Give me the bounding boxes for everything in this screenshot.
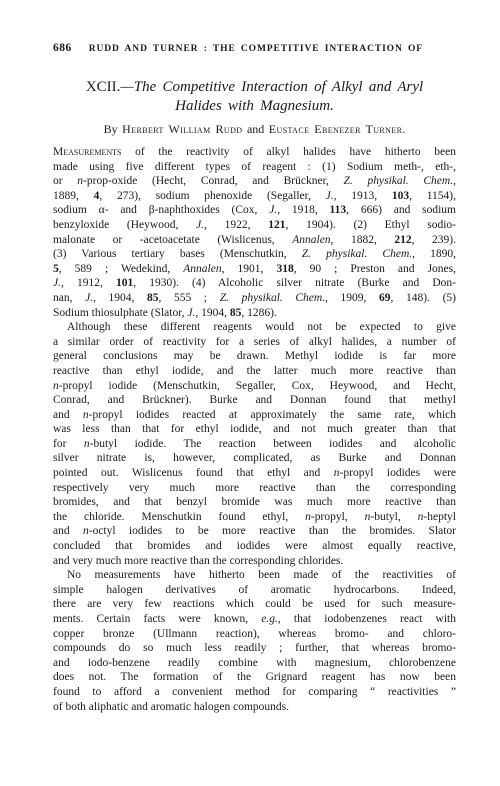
text-segment: 101 bbox=[116, 277, 133, 289]
text-segment: -propyl, bbox=[311, 511, 365, 523]
text-segment: , 555 ; bbox=[159, 292, 220, 304]
text-segment: of the reactivity of alkyl halides have … bbox=[121, 146, 456, 158]
byline-connector: and bbox=[242, 122, 268, 136]
text-segment: , 589 ; Wedekind, bbox=[59, 263, 184, 275]
text-segment: , 90 ; Preston and Jones, bbox=[294, 263, 456, 275]
text-segment: found to afford a convenient method for … bbox=[53, 686, 456, 698]
text-line: simple halogen derivatives of aromatic h… bbox=[53, 583, 456, 598]
text-segment: , 1904). (2) Ethyl sodio- bbox=[285, 219, 456, 231]
text-segment: 212 bbox=[394, 234, 411, 246]
byline-period: . bbox=[402, 122, 405, 136]
text-segment: Z. physikal. Chem. bbox=[302, 248, 412, 260]
article-body: Measurements of the reactivity of alkyl … bbox=[53, 145, 456, 714]
page-number: 686 bbox=[53, 42, 72, 54]
text-segment: -butyl iodide. The reaction between iodi… bbox=[90, 438, 456, 450]
text-segment: and very much more reactive than the cor… bbox=[53, 555, 343, 567]
text-segment: 318 bbox=[276, 263, 293, 275]
text-segment: and bbox=[53, 409, 83, 421]
text-line: found to afford a convenient method for … bbox=[53, 685, 456, 700]
text-segment: 85 bbox=[147, 292, 159, 304]
text-segment: J. bbox=[269, 204, 277, 216]
text-segment: bromides, and that benzyl bromide was mu… bbox=[53, 496, 456, 508]
paragraph: No measurements have hitherto been made … bbox=[53, 568, 456, 714]
text-segment: , 1904, bbox=[93, 292, 147, 304]
text-segment: Annalen bbox=[183, 263, 221, 275]
text-segment: , 1882, bbox=[331, 234, 395, 246]
text-segment: J. bbox=[53, 277, 61, 289]
text-segment: respectively very much more reactive tha… bbox=[53, 482, 456, 494]
text-segment: , bbox=[453, 175, 456, 187]
paragraph: Measurements of the reactivity of alkyl … bbox=[53, 145, 456, 320]
text-segment: Annalen bbox=[292, 234, 330, 246]
text-segment: J. bbox=[196, 219, 204, 231]
running-title: RUDD AND TURNER : THE COMPETITIVE INTERA… bbox=[89, 44, 423, 54]
text-segment: J. bbox=[85, 292, 93, 304]
journal-page: 686 RUDD AND TURNER : THE COMPETITIVE IN… bbox=[0, 0, 500, 786]
text-segment: Z. physikal. Chem. bbox=[220, 292, 325, 304]
text-segment: 1889, bbox=[53, 190, 94, 202]
text-segment: ments. Certain facts were known, bbox=[53, 613, 261, 625]
text-segment: compounds do so much less readily ; furt… bbox=[53, 642, 456, 654]
text-segment: the chloride. Menschutkin found ethyl, bbox=[53, 511, 305, 523]
text-segment: Sodium thiosulphate (Slator, bbox=[53, 307, 187, 319]
text-segment: 69 bbox=[379, 292, 391, 304]
text-segment: made using five different types of reage… bbox=[53, 161, 456, 173]
text-segment: simple halogen derivatives of aromatic h… bbox=[53, 584, 456, 596]
text-line: malonate or -acetoacetate (Wislicenus, A… bbox=[53, 233, 456, 248]
text-line: made using five different types of reage… bbox=[53, 160, 456, 175]
text-segment: 113 bbox=[330, 204, 347, 216]
text-line: compounds do so much less readily ; furt… bbox=[53, 641, 456, 656]
text-segment: there are very few reactions which could… bbox=[53, 598, 456, 610]
text-segment: malonate or -acetoacetate (Wislicenus, bbox=[53, 234, 292, 246]
text-segment: a similar order of reactivity for a seri… bbox=[53, 336, 456, 348]
text-segment: , 1904, bbox=[195, 307, 230, 319]
paragraph: Although these different reagents would … bbox=[53, 320, 456, 568]
text-segment: , that iodobenzenes react with bbox=[278, 613, 456, 625]
text-line: and n-octyl iodides to be more reactive … bbox=[53, 524, 456, 539]
text-line: n-propyl iodide (Menschutkin, Segaller, … bbox=[53, 379, 456, 394]
text-line: general conclusions may be drawn. Methyl… bbox=[53, 349, 456, 364]
byline: By Herbert William Rudd and Eustace Eben… bbox=[53, 122, 456, 137]
text-line: 1889, 4, 273), sodium phenoxide (Segalle… bbox=[53, 189, 456, 204]
text-line: and very much more reactive than the cor… bbox=[53, 554, 456, 569]
text-segment: , 1918, bbox=[277, 204, 329, 216]
text-line: bromides, and that benzyl bromide was mu… bbox=[53, 495, 456, 510]
text-segment: and iodo-benzene readily combine with ma… bbox=[53, 657, 456, 669]
text-segment: , 148). (5) bbox=[391, 292, 456, 304]
text-segment: 85 bbox=[230, 307, 242, 319]
text-segment: -heptyl bbox=[423, 511, 456, 523]
text-line: does not. The formation of the Grignard … bbox=[53, 670, 456, 685]
text-segment: No measurements have hitherto been made … bbox=[67, 569, 456, 581]
text-line: was less than that for ethyl iodide, and… bbox=[53, 422, 456, 437]
text-segment: , 1890, bbox=[412, 248, 456, 260]
text-segment: -propyl iodide (Menschutkin, Segaller, C… bbox=[59, 380, 456, 392]
text-segment: of both aliphatic and aromatic halogen c… bbox=[53, 701, 289, 713]
text-segment: , 666) and sodium bbox=[346, 204, 456, 216]
author-2: Eustace Ebenezer Turner bbox=[269, 122, 403, 136]
text-segment: , 1901, bbox=[222, 263, 277, 275]
text-line: and n-propyl iodides reacted at approxim… bbox=[53, 408, 456, 423]
text-segment: , 1930). (4) Alcoholic silver nitrate (B… bbox=[133, 277, 456, 289]
text-segment: 121 bbox=[268, 219, 285, 231]
text-segment: -octyl iodides to be more reactive than … bbox=[89, 525, 456, 537]
text-segment: or bbox=[53, 175, 77, 187]
text-segment: for bbox=[53, 438, 84, 450]
text-segment: -prop-oxide (Hecht, Conrad, and Brückner… bbox=[83, 175, 343, 187]
text-segment: -butyl, bbox=[370, 511, 417, 523]
article-title-text: —The Competitive Interaction of Alkyl an… bbox=[120, 79, 423, 95]
author-1: Herbert William Rudd bbox=[122, 122, 242, 136]
text-segment: , 1909, bbox=[325, 292, 379, 304]
text-line: reactive than ethyl iodide, and the latt… bbox=[53, 364, 456, 379]
text-segment: Measurements bbox=[53, 146, 121, 158]
text-line: (3) Various tertiary bases (Menschutkin,… bbox=[53, 247, 456, 262]
article-title-line2: Halides with Magnesium. bbox=[53, 97, 456, 116]
text-line: Measurements of the reactivity of alkyl … bbox=[53, 145, 456, 160]
text-line: or n-prop-oxide (Hecht, Conrad, and Brüc… bbox=[53, 174, 456, 189]
text-segment: , 239). bbox=[412, 234, 456, 246]
text-line: concluded that bromides and iodides were… bbox=[53, 539, 456, 554]
text-segment: Conrad, and Brückner). Burke and Donnan … bbox=[53, 394, 456, 406]
text-segment: (3) Various tertiary bases (Menschutkin, bbox=[53, 248, 302, 260]
text-segment: concluded that bromides and iodides were… bbox=[53, 540, 456, 552]
text-segment: e.g. bbox=[261, 613, 278, 625]
text-segment: benzyloxide (Heywood, bbox=[53, 219, 196, 231]
text-segment: sodium α- and β-naphthoxides (Cox, bbox=[53, 204, 269, 216]
text-line: 5, 589 ; Wedekind, Annalen, 1901, 318, 9… bbox=[53, 262, 456, 277]
text-segment: Although these different reagents would … bbox=[67, 321, 456, 333]
text-line: there are very few reactions which could… bbox=[53, 597, 456, 612]
text-segment: 103 bbox=[392, 190, 409, 202]
text-line: Although these different reagents would … bbox=[53, 320, 456, 335]
text-line: J., 1912, 101, 1930). (4) Alcoholic silv… bbox=[53, 276, 456, 291]
text-line: pointed out. Wislicenus found that ethyl… bbox=[53, 466, 456, 481]
text-segment: , 1913, bbox=[334, 190, 392, 202]
text-segment: pointed out. Wislicenus found that ethyl… bbox=[53, 467, 334, 479]
text-line: copper bronze (Ullmann reaction), wherea… bbox=[53, 627, 456, 642]
article-number: XCII. bbox=[86, 79, 121, 95]
text-segment: reactive than ethyl iodide, and the latt… bbox=[53, 365, 456, 377]
text-segment: copper bronze (Ullmann reaction), wherea… bbox=[53, 628, 456, 640]
text-segment: , 1922, bbox=[204, 219, 268, 231]
text-line: a similar order of reactivity for a seri… bbox=[53, 335, 456, 350]
text-segment: and bbox=[53, 525, 83, 537]
text-line: silver nitrate is, however, complicated,… bbox=[53, 451, 456, 466]
byline-prefix: By bbox=[104, 122, 123, 136]
text-line: of both aliphatic and aromatic halogen c… bbox=[53, 700, 456, 715]
text-segment: nan, bbox=[53, 292, 85, 304]
text-line: and iodo-benzene readily combine with ma… bbox=[53, 656, 456, 671]
text-segment: , 1286). bbox=[241, 307, 276, 319]
text-segment: -propyl iodides reacted at approximately… bbox=[89, 409, 456, 421]
article-title-line1: XCII.—The Competitive Interaction of Alk… bbox=[53, 78, 456, 97]
text-line: benzyloxide (Heywood, J., 1922, 121, 190… bbox=[53, 218, 456, 233]
text-segment: Z. physikal. Chem. bbox=[344, 175, 454, 187]
text-line: for n-butyl iodide. The reaction between… bbox=[53, 437, 456, 452]
page-header: 686 RUDD AND TURNER : THE COMPETITIVE IN… bbox=[53, 42, 456, 54]
text-segment: , 1154), bbox=[409, 190, 456, 202]
text-segment: , 1912, bbox=[61, 277, 116, 289]
text-line: respectively very much more reactive tha… bbox=[53, 481, 456, 496]
text-line: Sodium thiosulphate (Slator, J., 1904, 8… bbox=[53, 306, 456, 321]
text-line: nan, J., 1904, 85, 555 ; Z. physikal. Ch… bbox=[53, 291, 456, 306]
text-segment: -propyl iodides were bbox=[340, 467, 456, 479]
text-segment: silver nitrate is, however, complicated,… bbox=[53, 452, 456, 464]
text-line: sodium α- and β-naphthoxides (Cox, J., 1… bbox=[53, 203, 456, 218]
text-segment: , 273), sodium phenoxide (Segaller, bbox=[99, 190, 325, 202]
text-line: No measurements have hitherto been made … bbox=[53, 568, 456, 583]
text-segment: general conclusions may be drawn. Methyl… bbox=[53, 350, 456, 362]
text-line: ments. Certain facts were known, e.g., t… bbox=[53, 612, 456, 627]
text-segment: was less than that for ethyl iodide, and… bbox=[53, 423, 456, 435]
text-line: the chloride. Menschutkin found ethyl, n… bbox=[53, 510, 456, 525]
text-line: Conrad, and Brückner). Burke and Donnan … bbox=[53, 393, 456, 408]
text-segment: does not. The formation of the Grignard … bbox=[53, 671, 456, 683]
article-title: XCII.—The Competitive Interaction of Alk… bbox=[53, 78, 456, 116]
text-segment: J. bbox=[326, 190, 334, 202]
